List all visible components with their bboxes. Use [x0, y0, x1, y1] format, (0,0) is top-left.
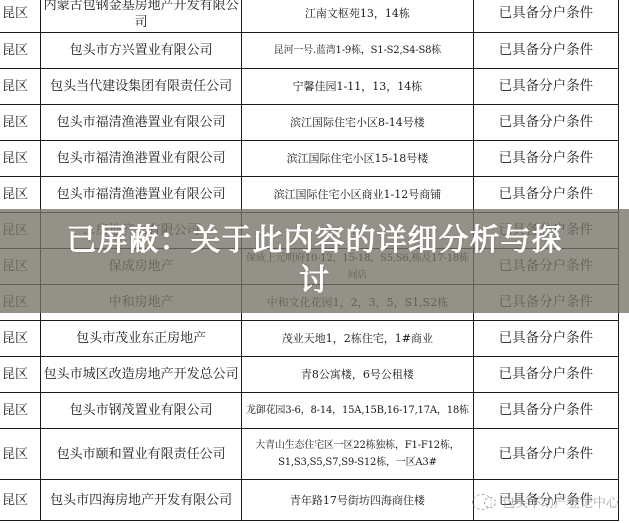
status-cell: 已具备分户条件 — [473, 357, 618, 393]
project-cell: 江南文枢苑13，14栋 — [242, 0, 474, 33]
status-cell: 已具备分户条件 — [473, 321, 618, 357]
status-cell: 已具备分户条件 — [473, 177, 618, 213]
blocked-content-overlay: 已屏蔽：关于此内容的详细分析与探讨 — [0, 209, 629, 313]
project-cell: 大青山生态住宅区一区22栋独栋，F1-F12栋，S1,S3,S5,S7,S9-S… — [242, 429, 474, 480]
table-row: 昆区 包头当代建设集团有限责任公司 宁馨佳园1-11，13，14栋 已具备分户条… — [0, 69, 619, 105]
status-cell: 已具备分户条件 — [473, 393, 618, 429]
table-row: 昆区 包头市福清渔港置业有限公司 滨江国际住宅小区商业1-12号商铺 已具备分户… — [0, 177, 619, 213]
table-row: 昆区 包头市城区改造房地产开发总公司 青8公寓楼，6号公租楼 已具备分户条件 — [0, 357, 619, 393]
company-cell: 包头市福清渔港置业有限公司 — [41, 177, 242, 213]
status-cell: 已具备分户条件 — [473, 33, 618, 69]
district-cell: 昆区 — [0, 357, 41, 393]
district-cell: 昆区 — [0, 105, 41, 141]
table-row: 昆区 包头市颐和置业有限责任公司 大青山生态住宅区一区22栋独栋，F1-F12栋… — [0, 429, 619, 480]
project-cell: 龙御花园3-6，8-14，15A,15B,16-17,17A，18栋 — [242, 393, 474, 429]
company-cell: 包头市茂业东正房地产 — [41, 321, 242, 357]
district-cell: 昆区 — [0, 429, 41, 480]
table-row: 昆区 包头市方兴置业有限公司 昆河一号.蓝湾1-9栋，S1-S2,S4-S8栋 … — [0, 33, 619, 69]
district-cell: 昆区 — [0, 69, 41, 105]
project-cell: 青年路17号街坊四海商住楼 — [242, 480, 474, 521]
project-cell: 滨江国际住宅小区8-14号楼 — [242, 105, 474, 141]
company-cell: 包头市颐和置业有限责任公司 — [41, 429, 242, 480]
company-cell: 包头市钢茂置业有限公司 — [41, 393, 242, 429]
status-cell: 已具备分户条件 — [473, 105, 618, 141]
project-cell: 滨江国际住宅小区15-18号楼 — [242, 141, 474, 177]
company-cell: 包头市福清渔港置业有限公司 — [41, 105, 242, 141]
project-cell: 青8公寓楼，6号公租楼 — [242, 357, 474, 393]
watermark: 包头不动产登记中心 — [472, 492, 619, 511]
company-cell: 内蒙古包钢金基房地产开发有限公司 — [41, 0, 242, 33]
district-cell: 昆区 — [0, 480, 41, 521]
status-cell: 已具备分户条件 — [473, 69, 618, 105]
blocked-content-message: 已屏蔽：关于此内容的详细分析与探讨 — [55, 221, 575, 301]
status-cell: 已具备分户条件 — [473, 429, 618, 480]
status-cell: 已具备分户条件 — [473, 0, 618, 33]
company-cell: 包头市方兴置业有限公司 — [41, 33, 242, 69]
company-cell: 包头当代建设集团有限责任公司 — [41, 69, 242, 105]
wechat-icon — [472, 494, 492, 510]
project-cell: 昆河一号.蓝湾1-9栋，S1-S2,S4-S8栋 — [242, 33, 474, 69]
company-cell: 包头市四海房地产开发有限公司 — [41, 480, 242, 521]
company-cell: 包头市城区改造房地产开发总公司 — [41, 357, 242, 393]
table-row: 昆区 内蒙古包钢金基房地产开发有限公司 江南文枢苑13，14栋 已具备分户条件 — [0, 0, 619, 33]
district-cell: 昆区 — [0, 0, 41, 33]
company-cell: 包头市福清渔港置业有限公司 — [41, 141, 242, 177]
table-row: 昆区 包头市钢茂置业有限公司 龙御花园3-6，8-14，15A,15B,16-1… — [0, 393, 619, 429]
project-cell: 茂业天地1，2栋住宅，1#商业 — [242, 321, 474, 357]
table-row: 昆区 包头市福清渔港置业有限公司 滨江国际住宅小区15-18号楼 已具备分户条件 — [0, 141, 619, 177]
table-row: 昆区 包头市茂业东正房地产 茂业天地1，2栋住宅，1#商业 已具备分户条件 — [0, 321, 619, 357]
district-cell: 昆区 — [0, 321, 41, 357]
status-cell: 已具备分户条件 — [473, 141, 618, 177]
district-cell: 昆区 — [0, 141, 41, 177]
project-cell: 滨江国际住宅小区商业1-12号商铺 — [242, 177, 474, 213]
district-cell: 昆区 — [0, 393, 41, 429]
district-cell: 昆区 — [0, 177, 41, 213]
watermark-text: 包头不动产登记中心 — [502, 492, 619, 511]
district-cell: 昆区 — [0, 33, 41, 69]
table-row: 昆区 包头市福清渔港置业有限公司 滨江国际住宅小区8-14号楼 已具备分户条件 — [0, 105, 619, 141]
project-cell: 宁馨佳园1-11，13，14栋 — [242, 69, 474, 105]
